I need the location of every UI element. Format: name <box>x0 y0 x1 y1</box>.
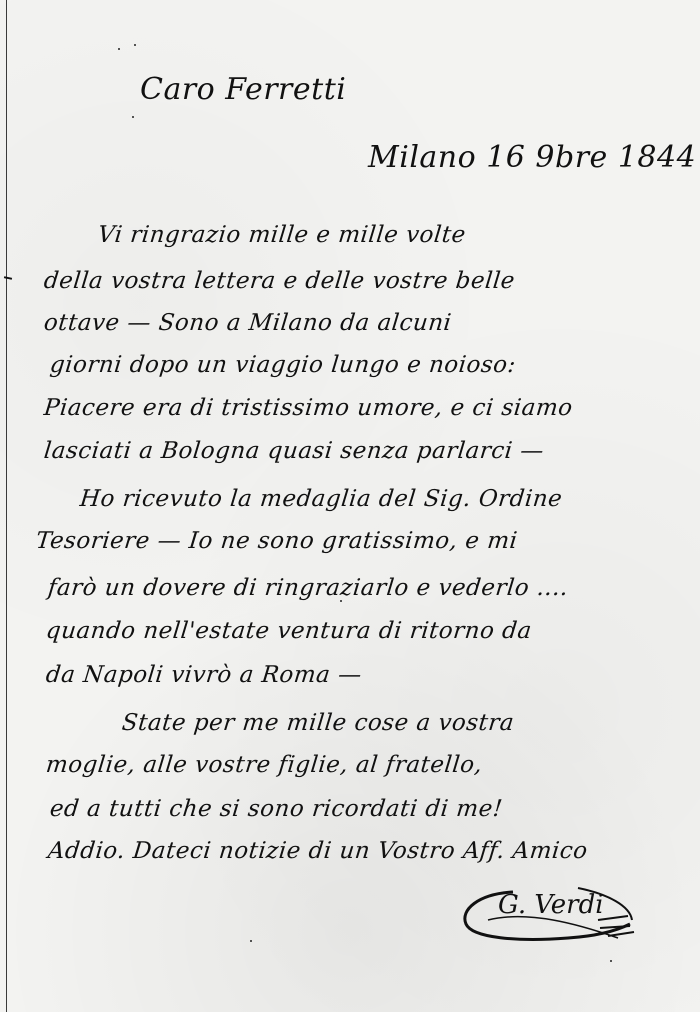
signature: G. Verdi <box>458 880 638 950</box>
dateline: Milano 16 9bre 1844 <box>368 140 696 175</box>
body-line: Piacere era di tristissimo umore, e ci s… <box>43 395 574 421</box>
body-line: Ho ricevuto la medaglia del Sig. Ordine <box>79 486 564 512</box>
body-line: Vi ringrazio mille e mille volte <box>97 222 467 248</box>
paper-speck <box>118 48 120 50</box>
paper-speck <box>132 116 134 118</box>
salutation: Caro Ferretti <box>140 72 346 107</box>
body-line: ottave — Sono a Milano da alcuni <box>43 310 453 336</box>
body-line: della vostra lettera e delle vostre bell… <box>43 268 517 294</box>
letter-page: Caro Ferretti Milano 16 9bre 1844 Vi rin… <box>0 0 700 1012</box>
body-line: lasciati a Bologna quasi senza parlarci … <box>43 438 546 464</box>
paper-speck <box>340 600 342 602</box>
body-line: farò un dovere di ringraziarlo e vederlo… <box>47 575 570 601</box>
paper-speck <box>610 960 612 962</box>
body-line: Addio. Dateci notizie di un Vostro Aff. … <box>47 838 589 864</box>
body-line: Tesoriere — Io ne sono gratissimo, e mi <box>35 528 519 554</box>
page-edge-line <box>6 0 7 1012</box>
body-line: ed a tutti che si sono ricordati di me! <box>49 796 504 822</box>
signature-text: G. Verdi <box>498 890 604 920</box>
body-line: da Napoli vivrò a Roma — <box>45 662 363 688</box>
body-line: moglie, alle vostre figlie, al fratello, <box>45 752 484 778</box>
body-line: State per me mille cose a vostra <box>121 710 516 736</box>
paper-speck <box>134 44 136 46</box>
paper-speck <box>250 940 252 942</box>
body-line: giorni dopo un viaggio lungo e noioso: <box>49 352 518 378</box>
body-line: quando nell'estate ventura di ritorno da <box>45 618 533 644</box>
